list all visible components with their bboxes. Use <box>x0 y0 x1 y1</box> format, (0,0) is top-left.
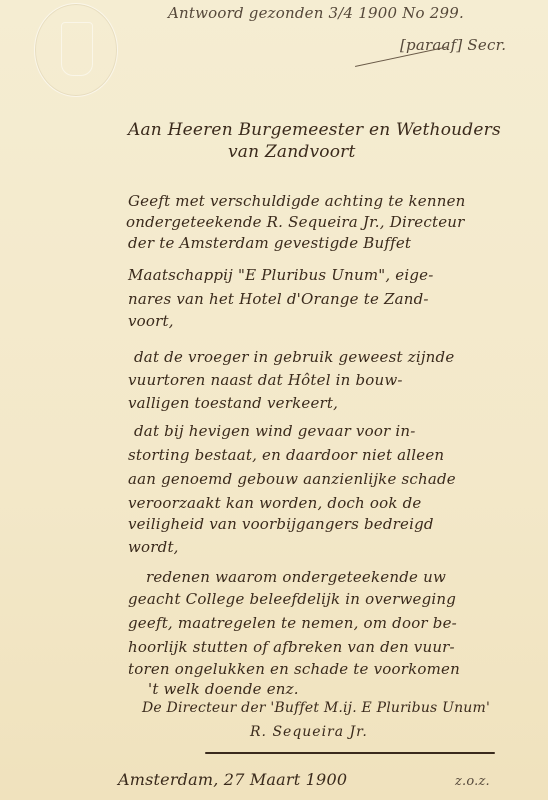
body-line: De Directeur der 'Buffet M.ij. E Pluribu… <box>142 700 490 716</box>
body-line: nares van het Hotel d'Orange te Zand- <box>128 290 429 308</box>
zoz-note: z.o.z. <box>455 774 490 789</box>
body-line: der te Amsterdam gevestigde Buffet <box>128 234 411 252</box>
body-line: 't welk doende enz. <box>148 680 299 698</box>
body-line: veiligheid van voorbijgangers bedreigd <box>128 515 434 533</box>
signature-flourish <box>205 752 495 754</box>
body-line: redenen waarom ondergeteekende uw <box>146 568 446 586</box>
body-line: aan genoemd gebouw aanzienlijke schade <box>128 470 456 488</box>
letter-page: Antwoord gezonden 3/4 1900 No 299. [para… <box>0 0 548 800</box>
body-line: ondergeteekende R. Sequeira Jr., Directe… <box>126 213 465 231</box>
body-line: Geeft met verschuldigde achting te kenne… <box>128 192 466 210</box>
addressee-line-1: Aan Heeren Burgemeester en Wethouders <box>128 120 501 140</box>
secretary-signature: [paraaf] Secr. <box>400 36 506 54</box>
body-line: hoorlijk stutten of afbreken van den vuu… <box>128 638 455 656</box>
addressee-line-2: van Zandvoort <box>228 142 356 162</box>
body-line: dat bij hevigen wind gevaar voor in- <box>134 422 416 440</box>
director-signature: R. Sequeira Jr. <box>250 724 368 740</box>
body-line: wordt, <box>128 538 179 556</box>
body-line: valligen toestand verkeert, <box>128 394 338 412</box>
body-line: Maatschappij "E Pluribus Unum", eige- <box>128 266 434 284</box>
reply-annotation: Antwoord gezonden 3/4 1900 No 299. <box>168 4 464 22</box>
body-line: veroorzaakt kan worden, doch ook de <box>128 494 421 512</box>
body-line: storting bestaat, en daardoor niet allee… <box>128 446 444 464</box>
body-line: toren ongelukken en schade te voorkomen <box>128 660 460 678</box>
body-line: geeft, maatregelen te nemen, om door be- <box>128 614 457 632</box>
body-line: voort, <box>128 312 174 330</box>
embossed-seal-icon <box>34 3 118 97</box>
body-line: geacht College beleefdelijk in overwegin… <box>128 590 456 608</box>
body-line: dat de vroeger in gebruik geweest zijnde <box>134 348 454 366</box>
body-line: vuurtoren naast dat Hôtel in bouw- <box>128 371 403 389</box>
place-date: Amsterdam, 27 Maart 1900 <box>118 770 347 789</box>
